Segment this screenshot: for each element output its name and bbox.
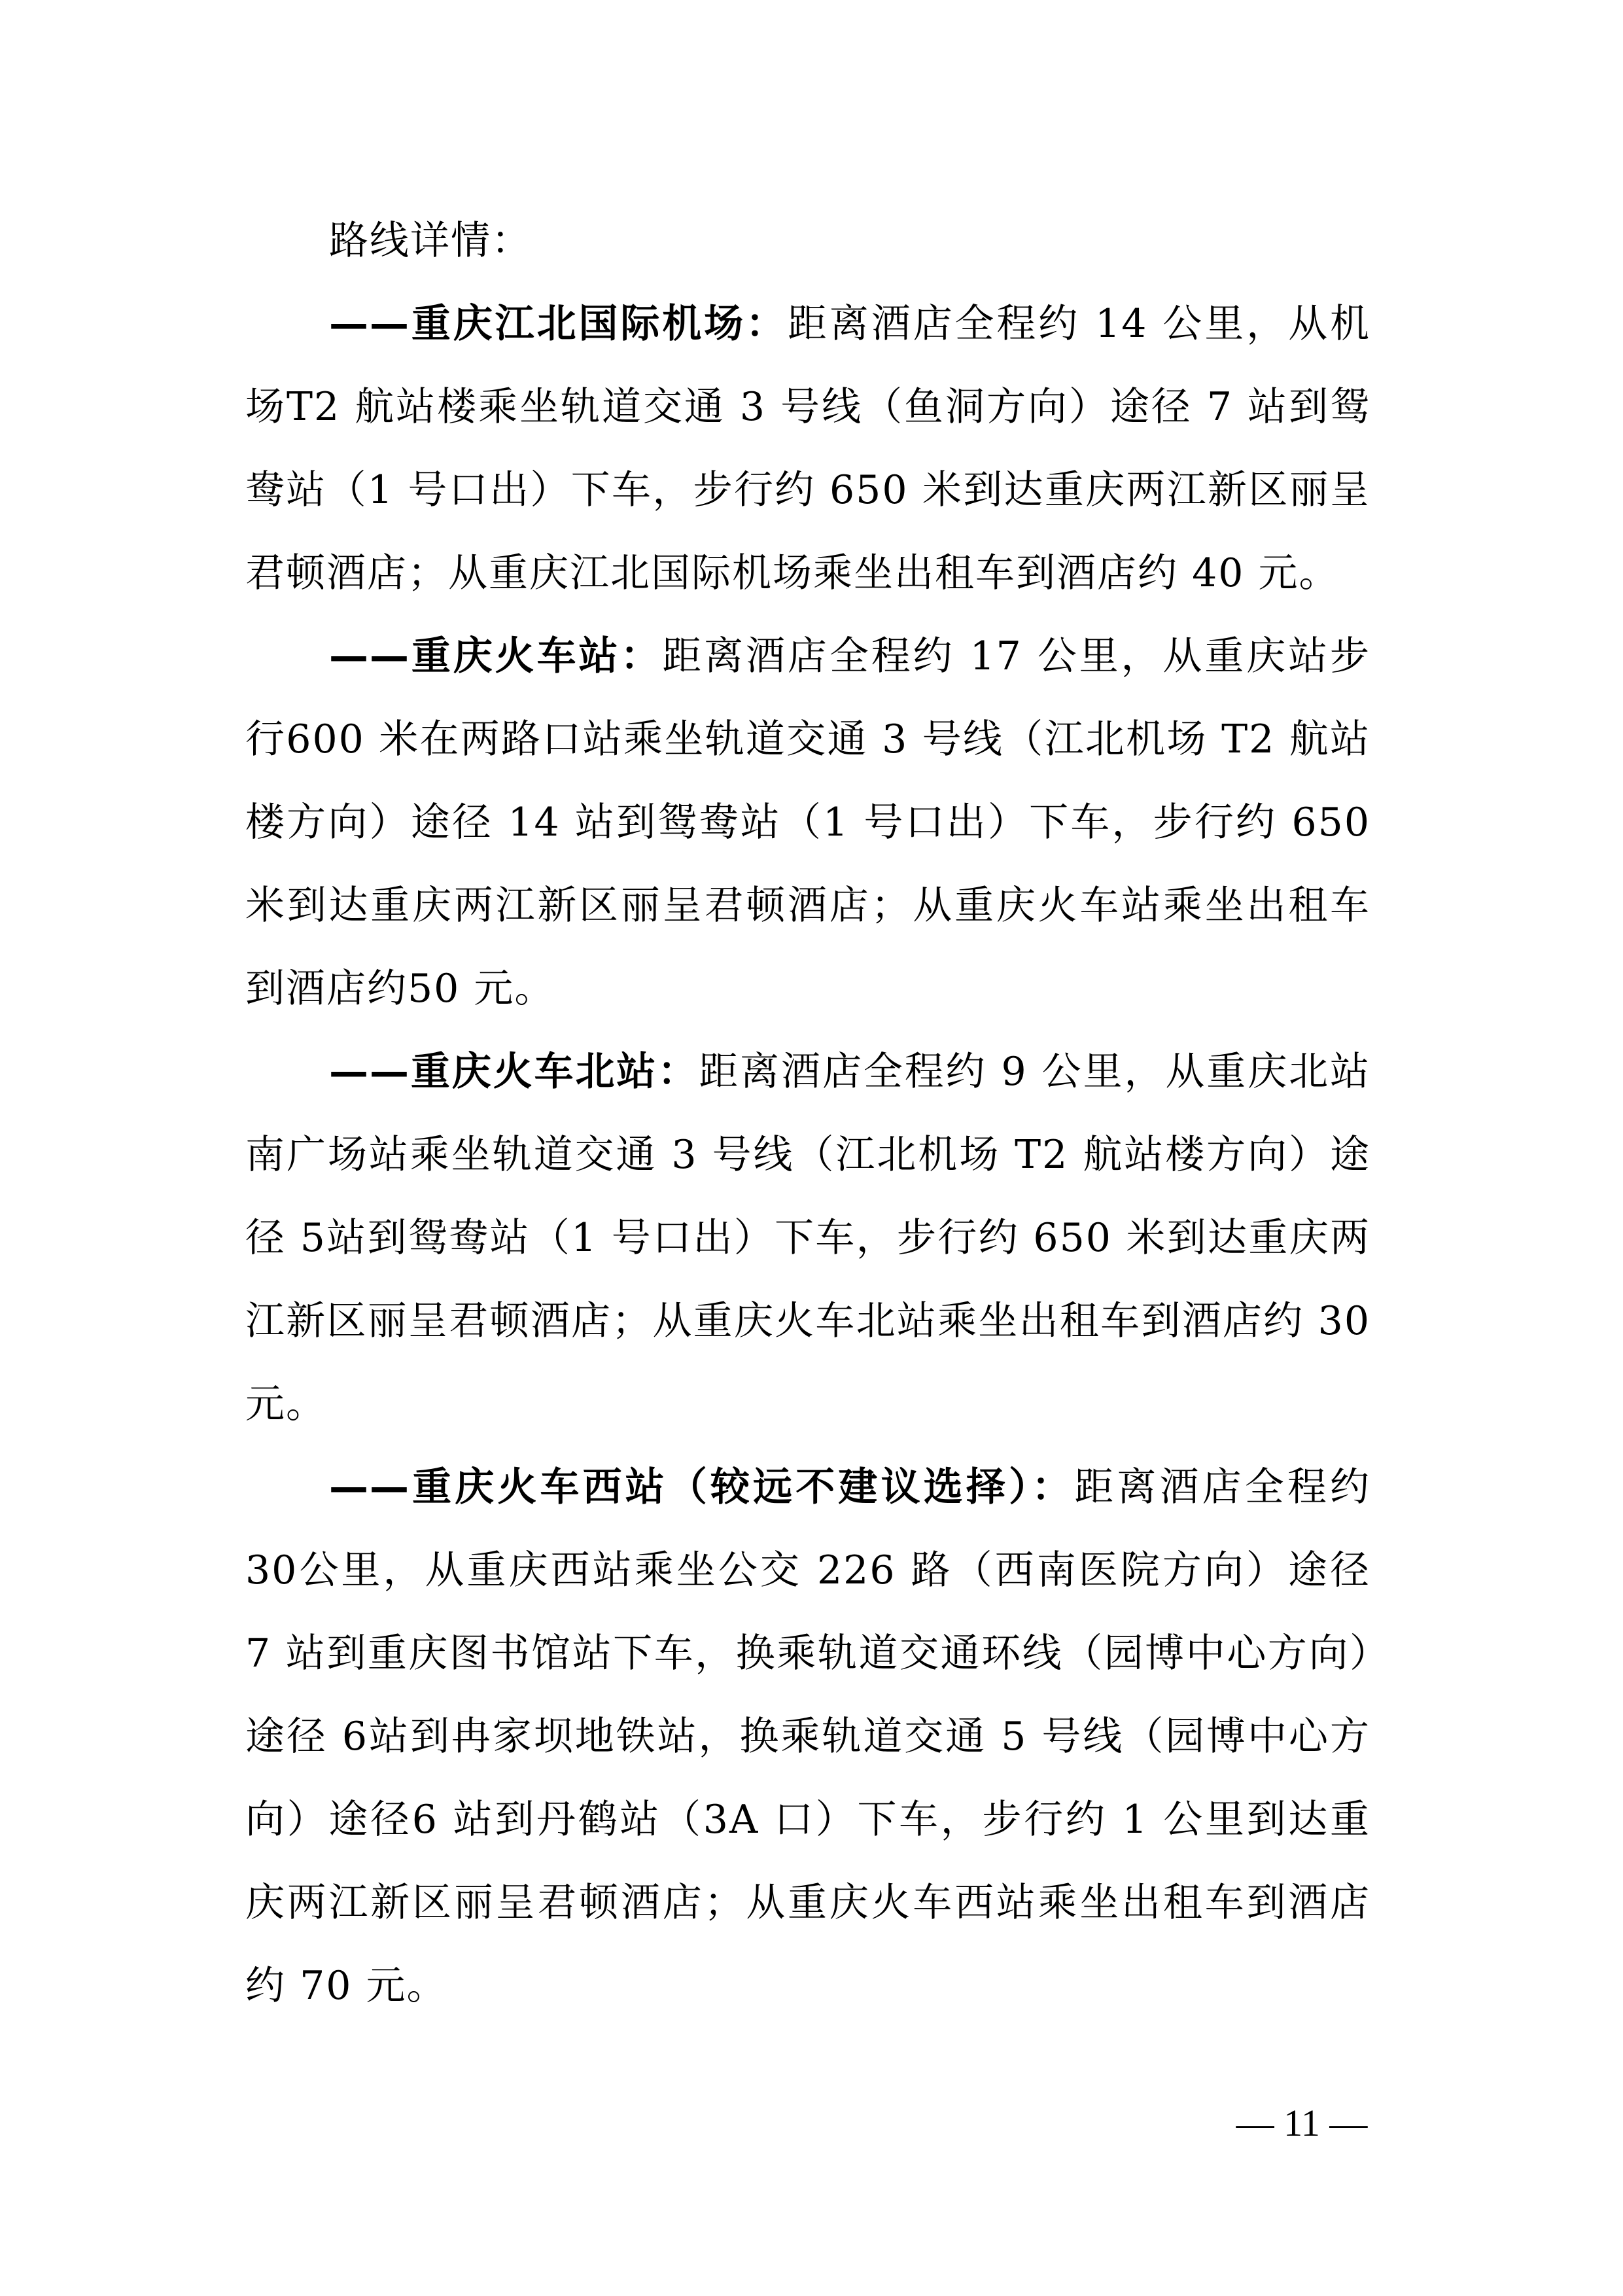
route-railway-station-text: 距离酒店全程约 17 公里，从重庆站步行600 米在两路口站乘坐轨道交通 3 号… [245,633,1370,1012]
route-railway-station-title: ——重庆火车站： [329,633,662,679]
route-west-station-text: 距离酒店全程约 30公里，从重庆西站乘坐公交 226 路（西南医院方向）途径 7… [245,1464,1370,2009]
route-west-station-title: ——重庆火车西站（较远不建议选择）： [329,1464,1074,1510]
route-north-station: ——重庆火车北站：距离酒店全程约 9 公里，从重庆北站南广场站乘坐轨道交通 3 … [245,1031,1370,1446]
page-number: — 11 — [1223,2100,1380,2146]
route-railway-station: ——重庆火车站：距离酒店全程约 17 公里，从重庆站步行600 米在两路口站乘坐… [245,615,1370,1031]
route-west-station: ——重庆火车西站（较远不建议选择）：距离酒店全程约 30公里，从重庆西站乘坐公交… [245,1446,1370,2028]
route-airport: ——重庆江北国际机场：距离酒店全程约 14 公里，从机场T2 航站楼乘坐轨道交通… [245,283,1370,615]
section-heading: 路线详情： [245,200,1370,283]
route-north-station-text: 距离酒店全程约 9 公里，从重庆北站南广场站乘坐轨道交通 3 号线（江北机场 T… [245,1049,1370,1427]
document-page: 路线详情： ——重庆江北国际机场：距离酒店全程约 14 公里，从机场T2 航站楼… [245,200,1370,2028]
route-airport-title: ——重庆江北国际机场： [329,301,788,347]
route-north-station-title: ——重庆火车北站： [329,1049,699,1095]
